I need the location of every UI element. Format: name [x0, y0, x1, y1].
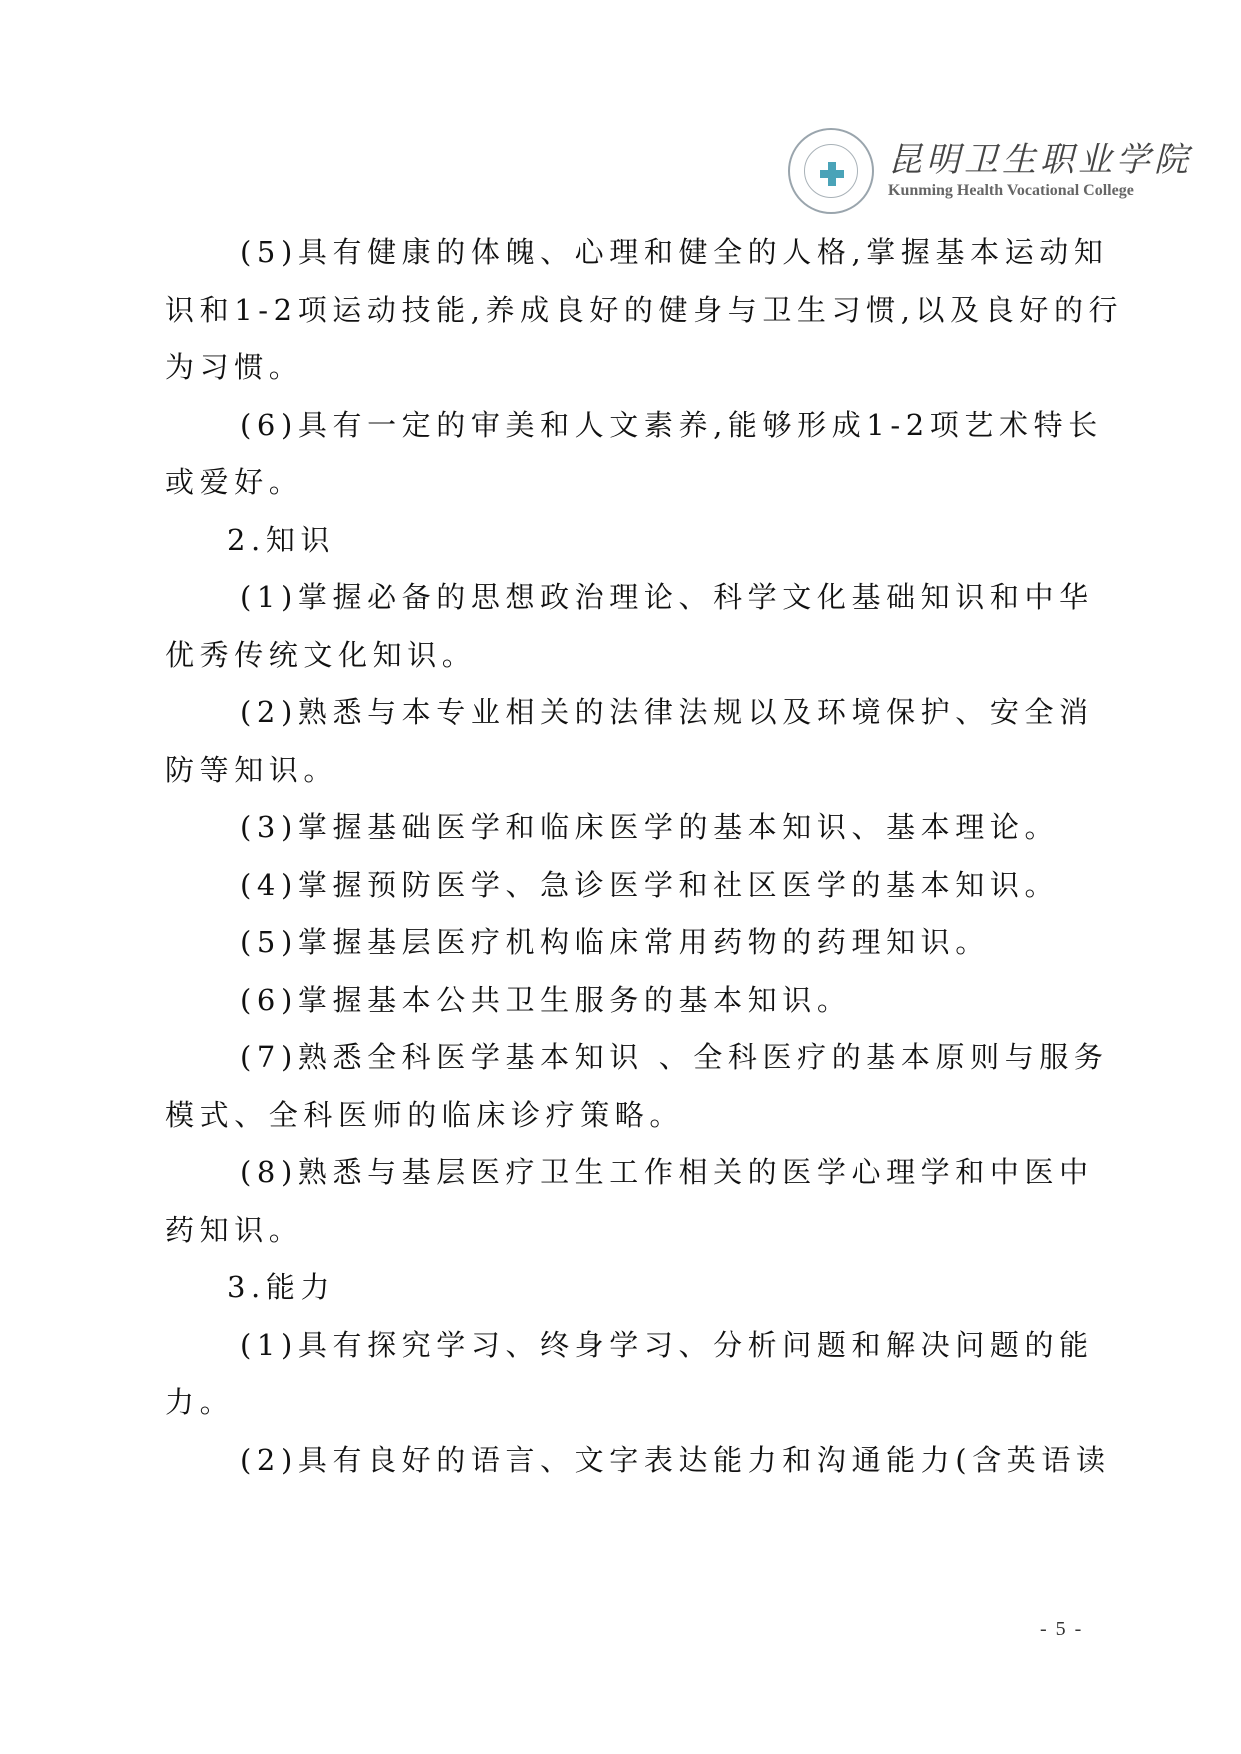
paragraph-line: 药知识。 — [165, 1202, 1077, 1260]
document-body: (5)具有健康的体魄、心理和健全的人格,掌握基本运动知 识和1-2项运动技能,养… — [165, 224, 1077, 1489]
paragraph-line: (7)熟悉全科医学基本知识 、全科医疗的基本原则与服务 — [165, 1029, 1077, 1087]
paragraph-line: (2)熟悉与本专业相关的法律法规以及环境保护、安全消 — [165, 684, 1077, 742]
paragraph-line: 力。 — [165, 1374, 1077, 1432]
paragraph-line: 模式、全科医师的临床诊疗策略。 — [165, 1087, 1077, 1145]
paragraph-line: (5)具有健康的体魄、心理和健全的人格,掌握基本运动知 — [165, 224, 1077, 282]
college-logo: 昆明卫生职业学院 Kunming Health Vocational Colle… — [788, 126, 1158, 216]
paragraph-line: 或爱好。 — [165, 454, 1077, 512]
paragraph-line: (3)掌握基础医学和临床医学的基本知识、基本理论。 — [165, 799, 1077, 857]
college-name-english: Kunming Health Vocational College — [888, 182, 1134, 200]
paragraph-line: (4)掌握预防医学、急诊医学和社区医学的基本知识。 — [165, 857, 1077, 915]
paragraph-line: 识和1-2项运动技能,养成良好的健身与卫生习惯,以及良好的行 — [165, 282, 1077, 340]
paragraph-line: (2)具有良好的语言、文字表达能力和沟通能力(含英语读 — [165, 1432, 1077, 1490]
section-heading-knowledge: 2.知识 — [165, 512, 1077, 570]
paragraph-line: 优秀传统文化知识。 — [165, 627, 1077, 685]
paragraph-line: (5)掌握基层医疗机构临床常用药物的药理知识。 — [165, 914, 1077, 972]
section-heading-ability: 3.能力 — [165, 1259, 1077, 1317]
paragraph-line: (6)掌握基本公共卫生服务的基本知识。 — [165, 972, 1077, 1030]
college-name-chinese: 昆明卫生职业学院 — [888, 132, 1192, 181]
college-emblem-icon — [788, 128, 874, 214]
paragraph-line: (1)掌握必备的思想政治理论、科学文化基础知识和中华 — [165, 569, 1077, 627]
paragraph-line: (8)熟悉与基层医疗卫生工作相关的医学心理学和中医中 — [165, 1144, 1077, 1202]
paragraph-line: (6)具有一定的审美和人文素养,能够形成1-2项艺术特长 — [165, 397, 1077, 455]
paragraph-line: (1)具有探究学习、终身学习、分析问题和解决问题的能 — [165, 1317, 1077, 1375]
page-number: - 5 - — [1040, 1618, 1083, 1641]
paragraph-line: 为习惯。 — [165, 339, 1077, 397]
paragraph-line: 防等知识。 — [165, 742, 1077, 800]
